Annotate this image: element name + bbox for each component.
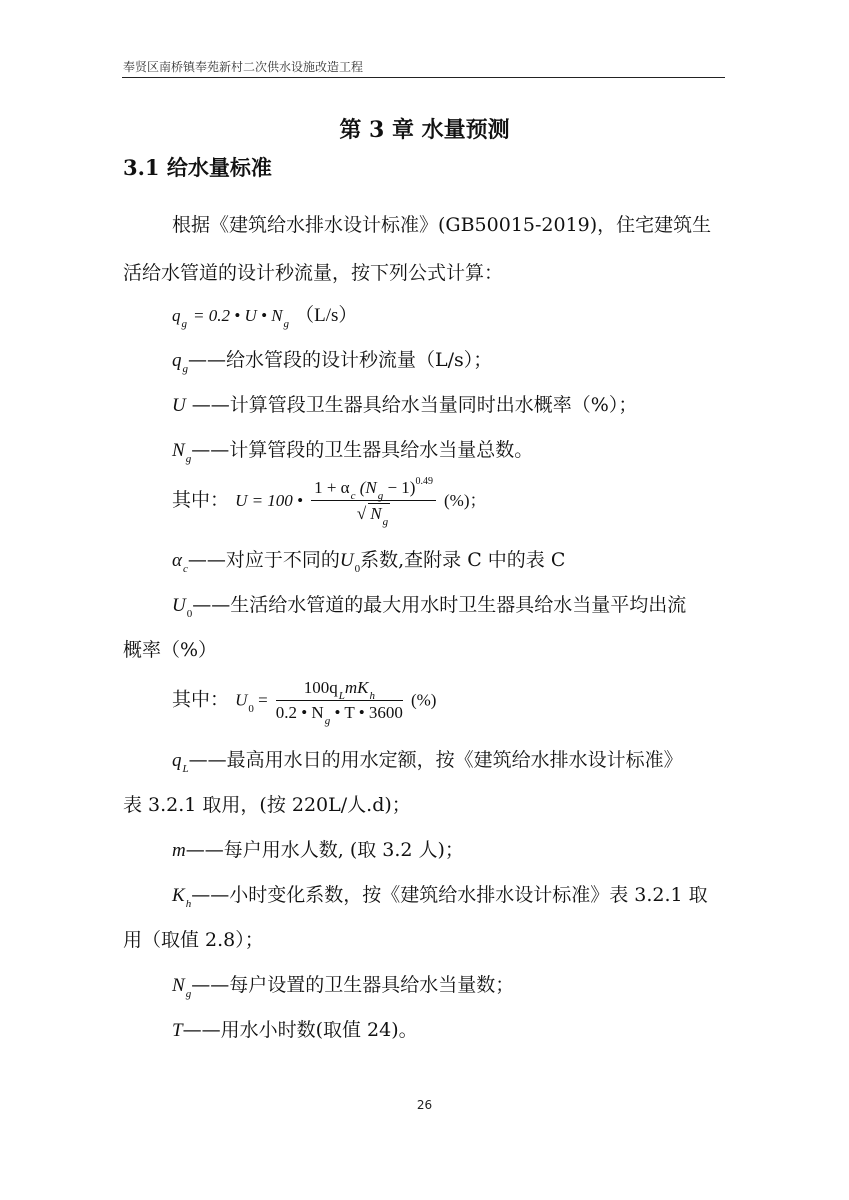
formula-probability-U: 其中： U = 100 • 1 + αc (Ng − 1)0.49 √Ng (%…: [172, 478, 486, 524]
definition-qL-line-2: 表 3.2.1 取用，(按 220L/人.d)；: [123, 790, 411, 817]
formula-average-probability-U0: 其中： U0 = 100qLmKh 0.2 • Ng • T • 3600 (%…: [172, 678, 436, 723]
header-divider: [122, 77, 725, 78]
page-number: 26: [0, 1098, 849, 1112]
definition-Kh-line-2: 用（取值 2.8）；: [123, 925, 264, 952]
formula-design-flow: qg = 0.2 • U • Ng （L/s）: [172, 300, 357, 327]
intro-paragraph-line-1: 根据《建筑给水排水设计标准》(GB50015-2019)，住宅建筑生: [172, 210, 711, 237]
definition-m: m——每户用水人数, (取 3.2 人)；: [172, 835, 464, 862]
definition-qL-line-1: qL——最高用水日的用水定额，按《建筑给水排水设计标准》: [172, 745, 683, 772]
definition-Ng: Ng——计算管段的卫生器具给水当量总数。: [172, 435, 533, 462]
chapter-title: 第 3 章 水量预测: [0, 113, 849, 144]
fraction: 100qLmKh 0.2 • Ng • T • 3600: [276, 678, 403, 723]
definition-U0-line-1: U0——生活给水管道的最大用水时卫生器具给水当量平均出流: [172, 590, 686, 617]
definition-qg: qg——给水管段的设计秒流量（L/s）；: [172, 345, 492, 372]
definition-T: T——用水小时数(取值 24)。: [172, 1015, 418, 1042]
intro-paragraph-line-2: 活给水管道的设计秒流量，按下列公式计算：: [123, 258, 503, 285]
definition-alpha-c: αc——对应于不同的U0系数,查附录 C 中的表 C: [172, 545, 565, 572]
section-title: 3.1 给水量标准: [123, 152, 272, 182]
definition-U: U ——计算管段卫生器具给水当量同时出水概率（%）；: [172, 390, 637, 417]
definition-U0-line-2: 概率（%）: [123, 635, 217, 662]
definition-Kh-line-1: Kh——小时变化系数，按《建筑给水排水设计标准》表 3.2.1 取: [172, 880, 708, 907]
definition-Ng-fixtures: Ng——每户设置的卫生器具给水当量数；: [172, 970, 514, 997]
running-header: 奉贤区南桥镇奉苑新村二次供水设施改造工程: [123, 58, 363, 75]
fraction: 1 + αc (Ng − 1)0.49 √Ng: [311, 478, 436, 524]
